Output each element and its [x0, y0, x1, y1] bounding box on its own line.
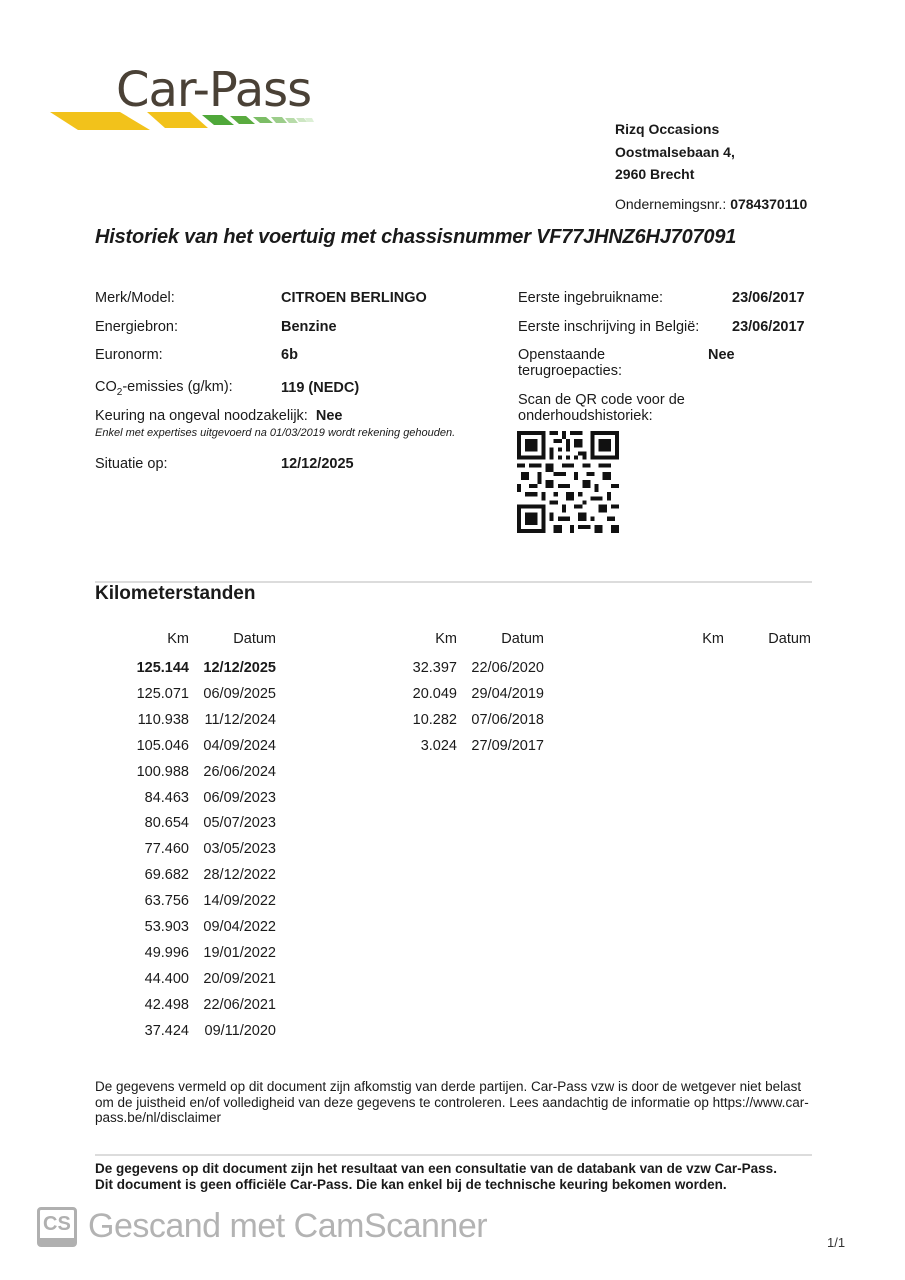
odometer-date: 22/06/2020	[454, 660, 544, 676]
co2-value: 119 (NEDC)	[281, 380, 359, 396]
odometer-km: 100.988	[99, 764, 189, 780]
odometer-date: 09/04/2022	[186, 919, 276, 935]
odometer-km: 105.046	[99, 738, 189, 754]
odometer-km: 63.756	[99, 893, 189, 909]
qr-label-line2: onderhoudshistoriek:	[518, 408, 685, 424]
company-vat: Ondernemingsnr.: 0784370110	[615, 196, 807, 212]
odometer-date: 28/12/2022	[186, 867, 276, 883]
odometer-km: 125.071	[99, 686, 189, 702]
odometer-km: 37.424	[99, 1023, 189, 1039]
odometer-km: 125.144	[99, 660, 189, 676]
km-column-header: Km	[367, 631, 457, 647]
inspection-row: Keuring na ongeval noodzakelijk: Nee	[95, 408, 342, 424]
official-notice-line1: De gegevens op dit document zijn het res…	[95, 1161, 815, 1177]
odometer-km: 42.498	[99, 997, 189, 1013]
odometer-date: 26/06/2024	[186, 764, 276, 780]
company-address: Rizq Occasions Oostmalsebaan 4, 2960 Bre…	[615, 118, 735, 186]
camscanner-logo-icon: CS	[37, 1207, 77, 1247]
odometer-km: 77.460	[99, 841, 189, 857]
odometer-km: 10.282	[367, 712, 457, 728]
qr-code-icon[interactable]	[517, 431, 619, 533]
co2-label-pre: CO	[95, 379, 117, 395]
vat-label: Ondernemingsnr.:	[615, 196, 726, 212]
odometer-date: 06/09/2025	[186, 686, 276, 702]
recalls-label-line1: Openstaande	[518, 347, 622, 363]
recalls-label: Openstaande terugroepacties:	[518, 347, 622, 379]
page-number: 1/1	[827, 1235, 845, 1250]
brand-model-value: CITROEN BERLINGO	[281, 290, 427, 306]
odometer-date: 19/01/2022	[186, 945, 276, 961]
km-column-header: Km	[99, 631, 189, 647]
odometer-km: 44.400	[99, 971, 189, 987]
date-column-header: Datum	[186, 631, 276, 647]
odometer-date: 06/09/2023	[186, 790, 276, 806]
odometer-km: 53.903	[99, 919, 189, 935]
energy-label: Energiebron:	[95, 319, 178, 335]
energy-value: Benzine	[281, 319, 337, 335]
logo-stripes-icon	[50, 110, 320, 134]
document-title: Historiek van het voertuig met chassisnu…	[95, 226, 736, 249]
odometer-section-title: Kilometerstanden	[95, 583, 255, 605]
co2-label: CO2-emissies (g/km):	[95, 379, 233, 398]
car-pass-logo: Car-Pass	[50, 62, 320, 142]
company-city: 2960 Brecht	[615, 163, 735, 186]
qr-label: Scan de QR code voor de onderhoudshistor…	[518, 392, 685, 424]
situation-value: 12/12/2025	[281, 456, 354, 472]
date-column-header: Datum	[454, 631, 544, 647]
odometer-date: 29/04/2019	[454, 686, 544, 702]
inspection-label: Keuring na ongeval noodzakelijk:	[95, 408, 308, 424]
brand-model-label: Merk/Model:	[95, 290, 175, 306]
qr-label-line1: Scan de QR code voor de	[518, 392, 685, 408]
odometer-km: 69.682	[99, 867, 189, 883]
camscanner-watermark: Gescand met CamScanner	[88, 1207, 487, 1246]
km-column-header: Km	[634, 631, 724, 647]
camscanner-logo-text: CS	[43, 1213, 71, 1236]
odometer-date: 05/07/2023	[186, 815, 276, 831]
inspection-value: Nee	[316, 408, 343, 424]
odometer-date: 22/06/2021	[186, 997, 276, 1013]
first-registration-value: 23/06/2017	[732, 319, 805, 335]
first-registration-label: Eerste inschrijving in België:	[518, 319, 699, 335]
recalls-label-line2: terugroepacties:	[518, 363, 622, 379]
odometer-date: 03/05/2023	[186, 841, 276, 857]
odometer-date: 20/09/2021	[186, 971, 276, 987]
company-street: Oostmalsebaan 4,	[615, 141, 735, 164]
odometer-date: 04/09/2024	[186, 738, 276, 754]
odometer-date: 09/11/2020	[186, 1023, 276, 1039]
situation-label: Situatie op:	[95, 456, 168, 472]
footer-divider	[95, 1154, 812, 1156]
date-column-header: Datum	[721, 631, 811, 647]
euronorm-value: 6b	[281, 347, 298, 363]
company-name: Rizq Occasions	[615, 118, 735, 141]
odometer-date: 12/12/2025	[186, 660, 276, 676]
first-use-label: Eerste ingebruikname:	[518, 290, 663, 306]
disclaimer-text: De gegevens vermeld op dit document zijn…	[95, 1079, 815, 1126]
co2-label-post: -emissies (g/km):	[122, 379, 232, 395]
first-use-value: 23/06/2017	[732, 290, 805, 306]
official-notice-line2: Dit document is geen officiële Car-Pass.…	[95, 1177, 815, 1193]
odometer-km: 84.463	[99, 790, 189, 806]
odometer-km: 32.397	[367, 660, 457, 676]
odometer-km: 110.938	[99, 712, 189, 728]
odometer-km: 20.049	[367, 686, 457, 702]
euronorm-label: Euronorm:	[95, 347, 163, 363]
odometer-km: 3.024	[367, 738, 457, 754]
official-notice: De gegevens op dit document zijn het res…	[95, 1161, 815, 1192]
odometer-date: 14/09/2022	[186, 893, 276, 909]
recalls-value: Nee	[708, 347, 735, 363]
odometer-date: 27/09/2017	[454, 738, 544, 754]
vat-value: 0784370110	[730, 196, 807, 212]
odometer-km: 80.654	[99, 815, 189, 831]
odometer-km: 49.996	[99, 945, 189, 961]
inspection-note: Enkel met expertises uitgevoerd na 01/03…	[95, 427, 455, 439]
odometer-date: 11/12/2024	[186, 712, 276, 728]
odometer-date: 07/06/2018	[454, 712, 544, 728]
